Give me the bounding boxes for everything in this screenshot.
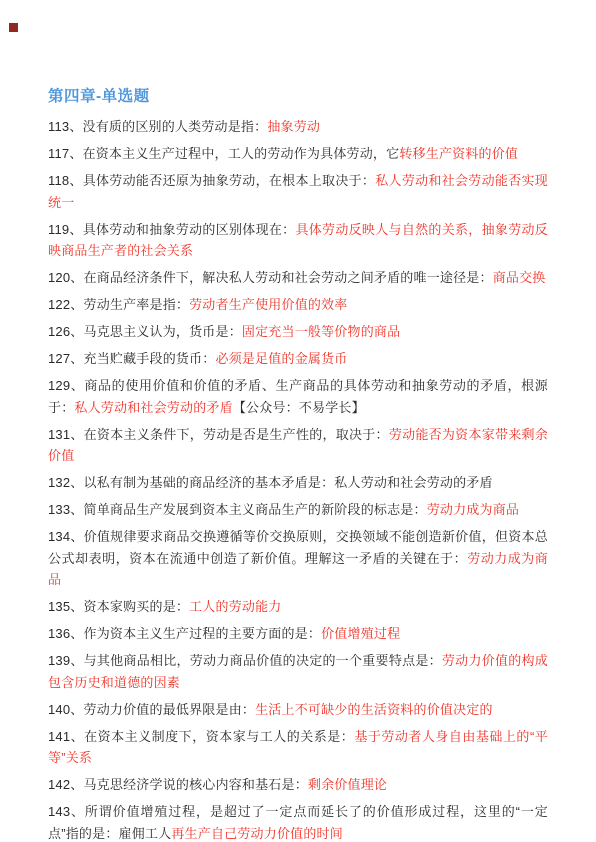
answer-text-segment: 劳动力成为商品 xyxy=(427,502,519,517)
answer-text-segment: 商品交换 xyxy=(493,270,546,285)
question-item: 126、马克思主义认为，货币是：固定充当一般等价物的商品 xyxy=(48,321,548,343)
question-text-segment: 118、具体劳动能否还原为抽象劳动，在根本上取决于： xyxy=(48,173,375,188)
answer-text-segment: 生活上不可缺少的生活资料的价值决定的 xyxy=(255,702,493,717)
question-text-segment: 122、劳动生产率是指： xyxy=(48,297,189,312)
answer-text-segment: 再生产自己劳动力价值的时间 xyxy=(171,826,343,841)
chapter-heading: 第四章-单选题 xyxy=(48,87,548,107)
answer-text-segment: 抽象劳动 xyxy=(267,119,320,134)
question-item: 136、作为资本主义生产过程的主要方面的是：价值增殖过程 xyxy=(48,623,548,645)
question-item: 120、在商品经济条件下，解决私人劳动和社会劳动之间矛盾的唯一途径是：商品交换 xyxy=(48,267,548,289)
answer-text-segment: 固定充当一般等价物的商品 xyxy=(242,324,400,339)
question-text-segment: 【公众号：不易学长】 xyxy=(233,400,365,415)
answer-text-segment: 必须是足值的金属货币 xyxy=(216,351,348,366)
question-text-segment: 140、劳动力价值的最低界限是由： xyxy=(48,702,255,717)
question-item: 132、以私有制为基础的商品经济的基本矛盾是：私人劳动和社会劳动的矛盾 xyxy=(48,472,548,494)
question-item: 140、劳动力价值的最低界限是由：生活上不可缺少的生活资料的价值决定的 xyxy=(48,699,548,721)
question-text-segment: 119、具体劳动和抽象劳动的区别体现在： xyxy=(48,222,295,237)
question-text-segment: 132、以私有制为基础的商品经济的基本矛盾是：私人劳动和社会劳动的矛盾 xyxy=(48,475,493,490)
question-item: 127、充当贮藏手段的货币：必须是足值的金属货币 xyxy=(48,348,548,370)
red-square-marker xyxy=(9,23,18,32)
question-item: 117、在资本主义生产过程中，工人的劳动作为具体劳动，它转移生产资料的价值 xyxy=(48,143,548,165)
question-item: 143、所谓价值增殖过程，是超过了一定点而延长了的价值形成过程，这里的“一定点”… xyxy=(48,801,548,842)
question-text-segment: 127、充当贮藏手段的货币： xyxy=(48,351,216,366)
question-item: 133、简单商品生产发展到资本主义商品生产的新阶段的标志是：劳动力成为商品 xyxy=(48,499,548,521)
question-text-segment: 135、资本家购买的是： xyxy=(48,599,189,614)
document-page: 第四章-单选题 113、没有质的区别的人类劳动是指：抽象劳动117、在资本主义生… xyxy=(0,0,596,842)
question-list: 113、没有质的区别的人类劳动是指：抽象劳动117、在资本主义生产过程中，工人的… xyxy=(48,116,548,842)
page-content: 第四章-单选题 113、没有质的区别的人类劳动是指：抽象劳动117、在资本主义生… xyxy=(0,0,596,842)
question-item: 129、商品的使用价值和价值的矛盾、生产商品的具体劳动和抽象劳动的矛盾，根源于：… xyxy=(48,375,548,418)
answer-text-segment: 工人的劳动能力 xyxy=(189,599,281,614)
question-item: 139、与其他商品相比，劳动力商品价值的决定的一个重要特点是：劳动力价值的构成包… xyxy=(48,650,548,693)
question-item: 119、具体劳动和抽象劳动的区别体现在：具体劳动反映人与自然的关系，抽象劳动反映… xyxy=(48,219,548,262)
question-item: 134、价值规律要求商品交换遵循等价交换原则，交换领域不能创造新价值，但资本总公… xyxy=(48,526,548,591)
question-item: 142、马克思经济学说的核心内容和基石是：剩余价值理论 xyxy=(48,774,548,796)
answer-text-segment: 劳动者生产使用价值的效率 xyxy=(189,297,347,312)
answer-text-segment: 剩余价值理论 xyxy=(308,777,387,792)
answer-text-segment: 价值增殖过程 xyxy=(321,626,400,641)
question-text-segment: 117、在资本主义生产过程中，工人的劳动作为具体劳动，它 xyxy=(48,146,399,161)
question-text-segment: 126、马克思主义认为，货币是： xyxy=(48,324,242,339)
question-item: 131、在资本主义条件下，劳动是否是生产性的，取决于：劳动能否为资本家带来剩余价… xyxy=(48,424,548,467)
question-item: 113、没有质的区别的人类劳动是指：抽象劳动 xyxy=(48,116,548,138)
question-item: 118、具体劳动能否还原为抽象劳动，在根本上取决于：私人劳动和社会劳动能否实现统… xyxy=(48,170,548,213)
question-text-segment: 142、马克思经济学说的核心内容和基石是： xyxy=(48,777,308,792)
question-item: 135、资本家购买的是：工人的劳动能力 xyxy=(48,596,548,618)
question-item: 122、劳动生产率是指：劳动者生产使用价值的效率 xyxy=(48,294,548,316)
question-text-segment: 131、在资本主义条件下，劳动是否是生产性的，取决于： xyxy=(48,427,389,442)
question-item: 141、在资本主义制度下，资本家与工人的关系是：基于劳动者人身自由基础上的“平等… xyxy=(48,726,548,769)
question-text-segment: 120、在商品经济条件下，解决私人劳动和社会劳动之间矛盾的唯一途径是： xyxy=(48,270,493,285)
question-text-segment: 133、简单商品生产发展到资本主义商品生产的新阶段的标志是： xyxy=(48,502,427,517)
question-text-segment: 141、在资本主义制度下，资本家与工人的关系是： xyxy=(48,729,354,744)
answer-text-segment: 转移生产资料的价值 xyxy=(399,146,518,161)
question-text-segment: 139、与其他商品相比，劳动力商品价值的决定的一个重要特点是： xyxy=(48,653,442,668)
question-text-segment: 136、作为资本主义生产过程的主要方面的是： xyxy=(48,626,321,641)
answer-text-segment: 私人劳动和社会劳动的矛盾 xyxy=(74,400,232,415)
question-text-segment: 113、没有质的区别的人类劳动是指： xyxy=(48,119,267,134)
